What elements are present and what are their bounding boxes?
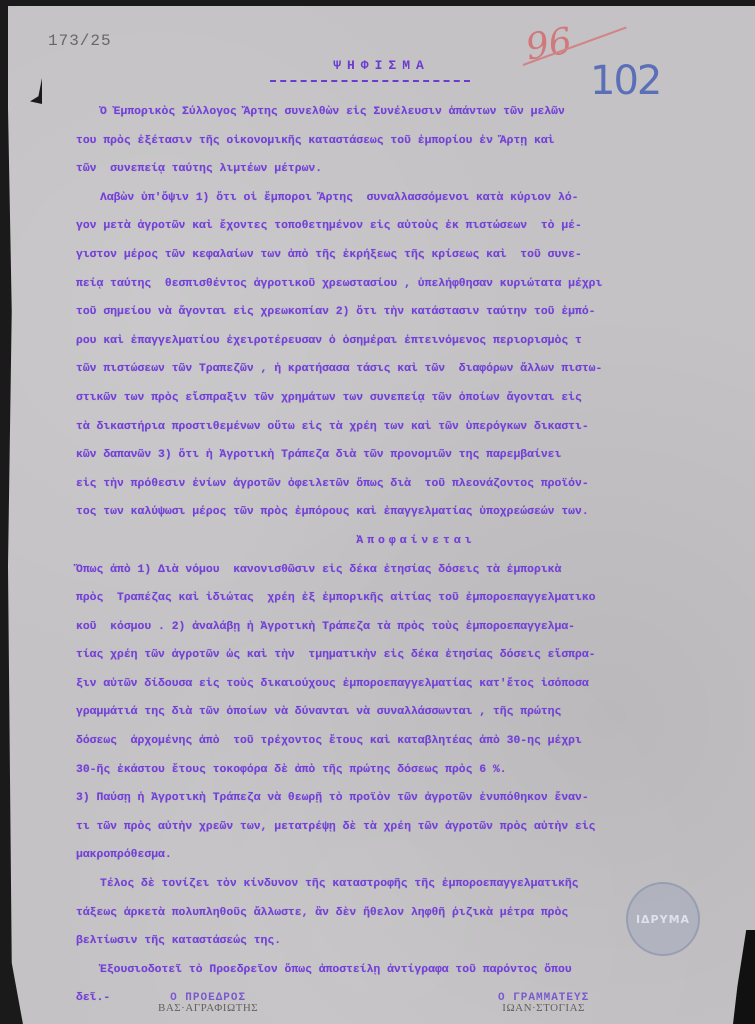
text-line: πρὸς Τραπέζας καὶ ἰδιώτας χρέη ἐξ ἐμπορι… (76, 584, 755, 613)
text-line: εἰς τὴν πρόθεσιν ἐνίων ἀγροτῶν ὀφειλετῶν… (76, 470, 755, 499)
text-line: 30-ῆς ἑκάστου ἔτους τοκοφόρα δὲ ἀπὸ τῆς … (76, 756, 755, 785)
text-line: πείᾳ ταύτης θεσπισθέντος ἀγροτικοῦ χρεωσ… (76, 270, 755, 299)
text-line: γον μετὰ ἀγροτῶν καὶ ἔχοντες τοποθετημέν… (76, 212, 755, 241)
text-line: τι τῶν πρὸς αὐτὴν χρεῶν των, μετατρέψῃ δ… (76, 813, 755, 842)
document-body: Ὁ Ἐμπορικὸς Σύλλογος Ἄρτης συνελθὼν εἰς … (76, 98, 755, 1013)
signature-secretary: Ο ΓΡΑΜΜΑΤΕΥΣ ΙΩΑΝ·ΣΤΟΓΙΑΣ (498, 992, 589, 1014)
text-line: του πρὸς ἐξέτασιν τῆς οἰκονομικῆς καταστ… (76, 127, 755, 156)
text-line: τῶν συνεπείᾳ ταύτης λιμτέων μέτρων. (76, 155, 755, 184)
text-line: γιστον μέρος τῶν κεφαλαίων των ἀπὸ τῆς ἐ… (76, 241, 755, 270)
archive-number: 173/25 (48, 32, 112, 50)
text-line: 3) Παύσῃ ἡ Ἀγροτικὴ Τράπεζα νὰ θεωρῇ τὸ … (76, 784, 755, 813)
text-line: μακροπρόθεσμα. (76, 841, 755, 870)
text-line: ρου καὶ ἐπαγγελματίου ἐχειροτέρευσαν ὁ ὁ… (76, 327, 755, 356)
document-heading: ΨΗΦΙΣΜΑ (8, 58, 755, 73)
text-line: Ἀποφαίνεται (76, 527, 755, 556)
document-page: 173/25 96 102 ΨΗΦΙΣΜΑ Ὁ Ἐμπορικὸς Σύλλογ… (8, 6, 755, 1024)
paper-tear (30, 78, 42, 104)
text-line: τίας χρέη τῶν ἀγροτῶν ὡς καὶ τὴν τμηματι… (76, 641, 755, 670)
signature-name: ΙΩΑΝ·ΣΤΟΓΙΑΣ (498, 1002, 589, 1014)
heading-underline (270, 80, 470, 82)
text-line: στικῶν των πρὸς εἴσπραξιν τῶν χρημάτων τ… (76, 384, 755, 413)
text-line: τῶν πιστώσεων τῶν Τραπεζῶν , ἡ κρατήσασα… (76, 355, 755, 384)
text-line: δόσεως ἀρχομένης ἀπὸ τοῦ τρέχοντος ἔτους… (76, 727, 755, 756)
text-line: ξιν αὐτῶν δίδουσα εἰς τοὺς δικαιούχους ἐ… (76, 670, 755, 699)
archive-stamp-icon: ΙΔΡΥΜΑ (626, 882, 700, 956)
text-line: τοῦ σημείου νὰ ἄγονται εἰς χρεωκοπίαν 2)… (76, 298, 755, 327)
text-line: Ἐξουσιοδοτεῖ τὸ Προεδρεῖον ὅπως ἀποστείλ… (76, 956, 755, 985)
text-line: Ὁ Ἐμπορικὸς Σύλλογος Ἄρτης συνελθὼν εἰς … (76, 98, 755, 127)
text-line: τὰ δικαστήρια προστιθεμένων οὕτω εἰς τὰ … (76, 413, 755, 442)
signature-president: Ο ΠΡΟΕΔΡΟΣ ΒΑΣ·ΑΓΡΑΦΙΩΤΗΣ (158, 992, 258, 1014)
text-line: Λαβὼν ὑπ'ὄψιν 1) ὅτι οἱ ἔμποροι Ἄρτης συ… (76, 184, 755, 213)
text-line: κῶν δαπανῶν 3) ὅτι ἡ Ἀγροτικὴ Τράπεζα δι… (76, 441, 755, 470)
text-line: κοῦ κόσμου . 2) ἀναλάβῃ ἡ Ἀγροτικὴ Τράπε… (76, 613, 755, 642)
stamp-text: ΙΔΡΥΜΑ (636, 913, 690, 926)
text-line: Ὅπως ἀπὸ 1) Διὰ νόμου κανονισθῶσιν εἰς δ… (76, 556, 755, 585)
signature-name: ΒΑΣ·ΑΓΡΑΦΙΩΤΗΣ (158, 1002, 258, 1014)
text-line: γραμμάτιά της διὰ τῶν ὁποίων νὰ δύνανται… (76, 698, 755, 727)
text-line: τος των καλύψωσι μέρος τῶν πρὸς ἐμπόρους… (76, 498, 755, 527)
